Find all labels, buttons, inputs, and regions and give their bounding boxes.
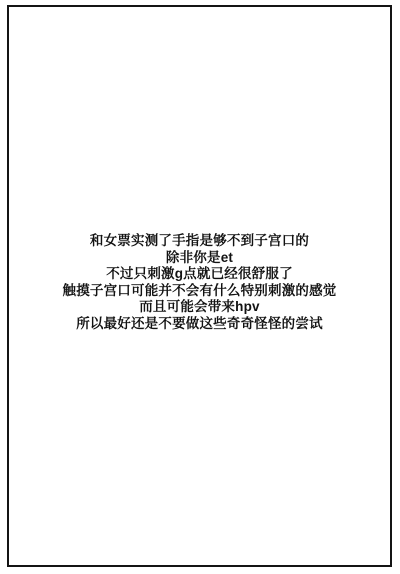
caption-line-1: 和女票实测了手指是够不到子宫口的 (9, 233, 390, 250)
caption-line-3: 不过只刺激g点就已经很舒服了 (9, 266, 390, 283)
image-border-frame: 和女票实测了手指是够不到子宫口的 除非你是et 不过只刺激g点就已经很舒服了 触… (7, 5, 392, 567)
caption-line-2: 除非你是et (9, 250, 390, 267)
caption-line-6: 所以最好还是不要做这些奇奇怪怪的尝试 (9, 316, 390, 333)
caption-line-5: 而且可能会带来hpv (9, 299, 390, 316)
caption-line-4: 触摸子宫口可能并不会有什么特别刺激的感觉 (9, 283, 390, 300)
caption-text-block: 和女票实测了手指是够不到子宫口的 除非你是et 不过只刺激g点就已经很舒服了 触… (9, 233, 390, 332)
